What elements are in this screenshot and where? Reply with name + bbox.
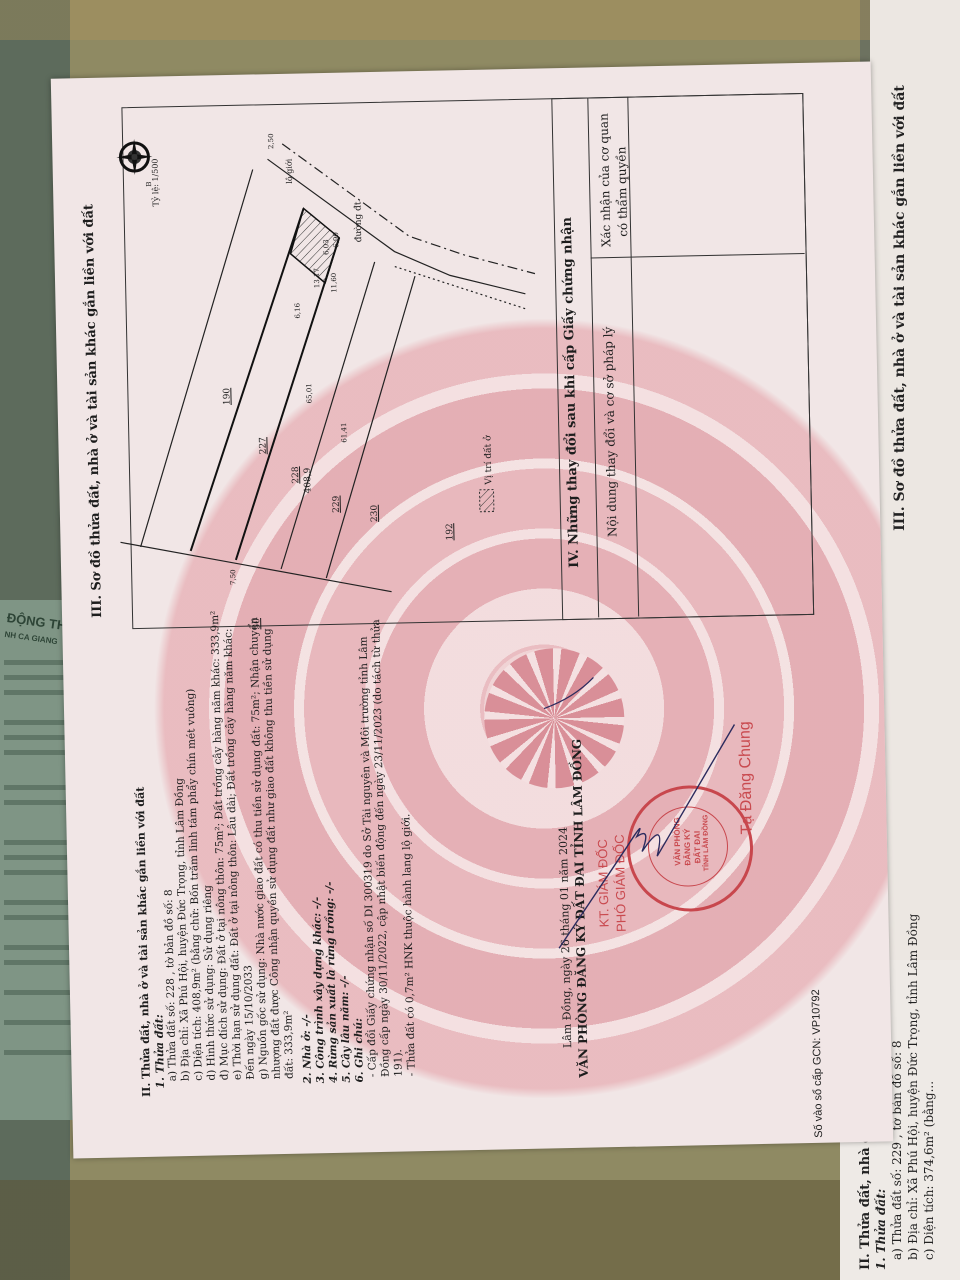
house-item: 2. Nhà ở: -/- — [300, 1014, 313, 1084]
parcel-228: 228 — [291, 466, 301, 483]
parcel-192: 192 — [445, 523, 455, 540]
scale-label: Tỷ lệ: 1/500 — [150, 158, 160, 206]
land-use-certificate: III. Sơ đồ thửa đất, nhà ở và tài sản kh… — [51, 62, 893, 1159]
note-line-3: 191). — [392, 1049, 405, 1077]
parcel-229: 229 — [332, 496, 342, 513]
legend-residential: Vị trí đất ở — [483, 435, 494, 484]
signature-scribble — [533, 664, 759, 969]
parcel-227: 227 — [258, 437, 268, 454]
notes-heading: 6. Ghi chú: — [353, 1018, 366, 1083]
parcel-228-area: 408,9 — [303, 468, 314, 494]
second-cert-section3-title: III. Sơ đồ thửa đất, nhà ở và tài sản kh… — [892, 0, 908, 618]
changes-col-confirm-2: có thẩm quyền — [614, 146, 630, 236]
parcel-230: 230 — [370, 505, 380, 522]
perennial-item: 5. Cây lâu năm: -/- — [339, 975, 353, 1082]
compass-icon — [116, 139, 153, 176]
corridor-label: lộ giới — [285, 159, 295, 184]
parcel-190: 190 — [222, 388, 232, 405]
changes-table — [551, 93, 812, 618]
road-label: đường đt — [353, 201, 364, 242]
changes-col-confirm-1: Xác nhận của cơ quan — [597, 113, 614, 247]
